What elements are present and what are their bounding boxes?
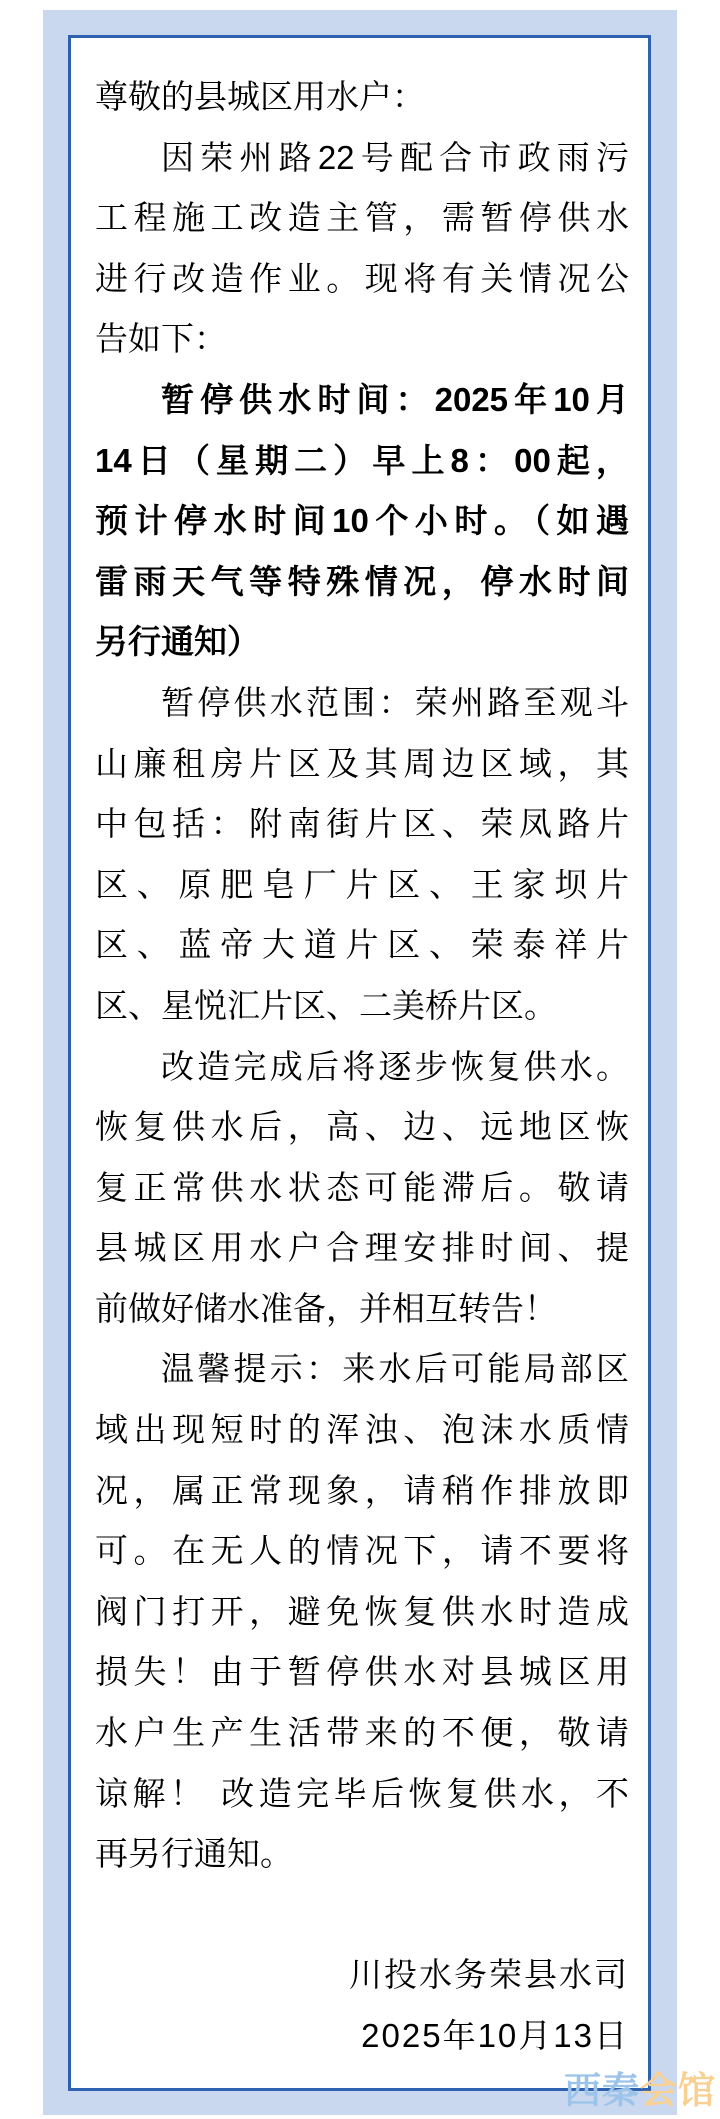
watermark: 西秦会馆 bbox=[564, 2060, 716, 2114]
notice-line: 区、蓝帝大道片区、荣泰祥片 bbox=[95, 915, 629, 976]
notice-line: 因荣州路22号配合市政雨污 bbox=[95, 128, 629, 189]
notice-line: 2025年10月13日 bbox=[95, 2006, 629, 2067]
notice-line: 区、星悦汇片区、二美桥片区。 bbox=[95, 976, 629, 1037]
notice-line: 中包括：附南街片区、荣凤路片 bbox=[95, 794, 629, 855]
notice-line: 前做好储水准备，并相互转告！ bbox=[95, 1279, 629, 1340]
notice-line: 恢复供水后，高、边、远地区恢 bbox=[95, 1097, 629, 1158]
notice-line: 山廉租房片区及其周边区域，其 bbox=[95, 734, 629, 795]
blank-line bbox=[95, 1885, 629, 1946]
notice-line: 14日（星期二）早上8：00起， bbox=[95, 431, 629, 492]
notice-line: 谅解！ 改造完毕后恢复供水，不 bbox=[95, 1764, 629, 1825]
notice-line: 复正常供水状态可能滞后。敬请 bbox=[95, 1158, 629, 1219]
notice-line: 再另行通知。 bbox=[95, 1824, 629, 1885]
notice-line: 预计停水时间10个小时。（如遇 bbox=[95, 491, 629, 552]
notice-line: 暂停供水时间：2025年10月 bbox=[95, 370, 629, 431]
notice-line: 阀门打开，避免恢复供水时造成 bbox=[95, 1582, 629, 1643]
notice-line: 温馨提示：来水后可能局部区 bbox=[95, 1339, 629, 1400]
notice-body: 尊敬的县城区用水户：因荣州路22号配合市政雨污工程施工改造主管，需暂停供水进行改… bbox=[95, 67, 629, 2067]
notice-line: 工程施工改造主管，需暂停供水 bbox=[95, 188, 629, 249]
notice-line: 告如下： bbox=[95, 309, 629, 370]
notice-line: 可。在无人的情况下，请不要将 bbox=[95, 1521, 629, 1582]
notice-line: 损失！由于暂停供水对县城区用 bbox=[95, 1642, 629, 1703]
notice-line: 水户生产生活带来的不便，敬请 bbox=[95, 1703, 629, 1764]
notice-line: 县城区用水户合理安排时间、提 bbox=[95, 1218, 629, 1279]
notice-page: 尊敬的县城区用水户：因荣州路22号配合市政雨污工程施工改造主管，需暂停供水进行改… bbox=[0, 0, 720, 2119]
notice-line: 雷雨天气等特殊情况，停水时间 bbox=[95, 552, 629, 613]
notice-line: 川投水务荣县水司 bbox=[95, 1945, 629, 2006]
notice-line: 况，属正常现象，请稍作排放即 bbox=[95, 1461, 629, 1522]
watermark-part-left: 西秦 bbox=[564, 2070, 640, 2111]
notice-line: 尊敬的县城区用水户： bbox=[95, 67, 629, 128]
notice-line: 暂停供水范围：荣州路至观斗 bbox=[95, 673, 629, 734]
notice-line: 改造完成后将逐步恢复供水。 bbox=[95, 1037, 629, 1098]
notice-line: 区、原肥皂厂片区、王家坝片 bbox=[95, 855, 629, 916]
notice-line: 域出现短时的浑浊、泡沫水质情 bbox=[95, 1400, 629, 1461]
notice-line: 另行通知） bbox=[95, 612, 629, 673]
notice-line: 进行改造作业。现将有关情况公 bbox=[95, 249, 629, 310]
watermark-part-right: 会馆 bbox=[640, 2070, 716, 2111]
